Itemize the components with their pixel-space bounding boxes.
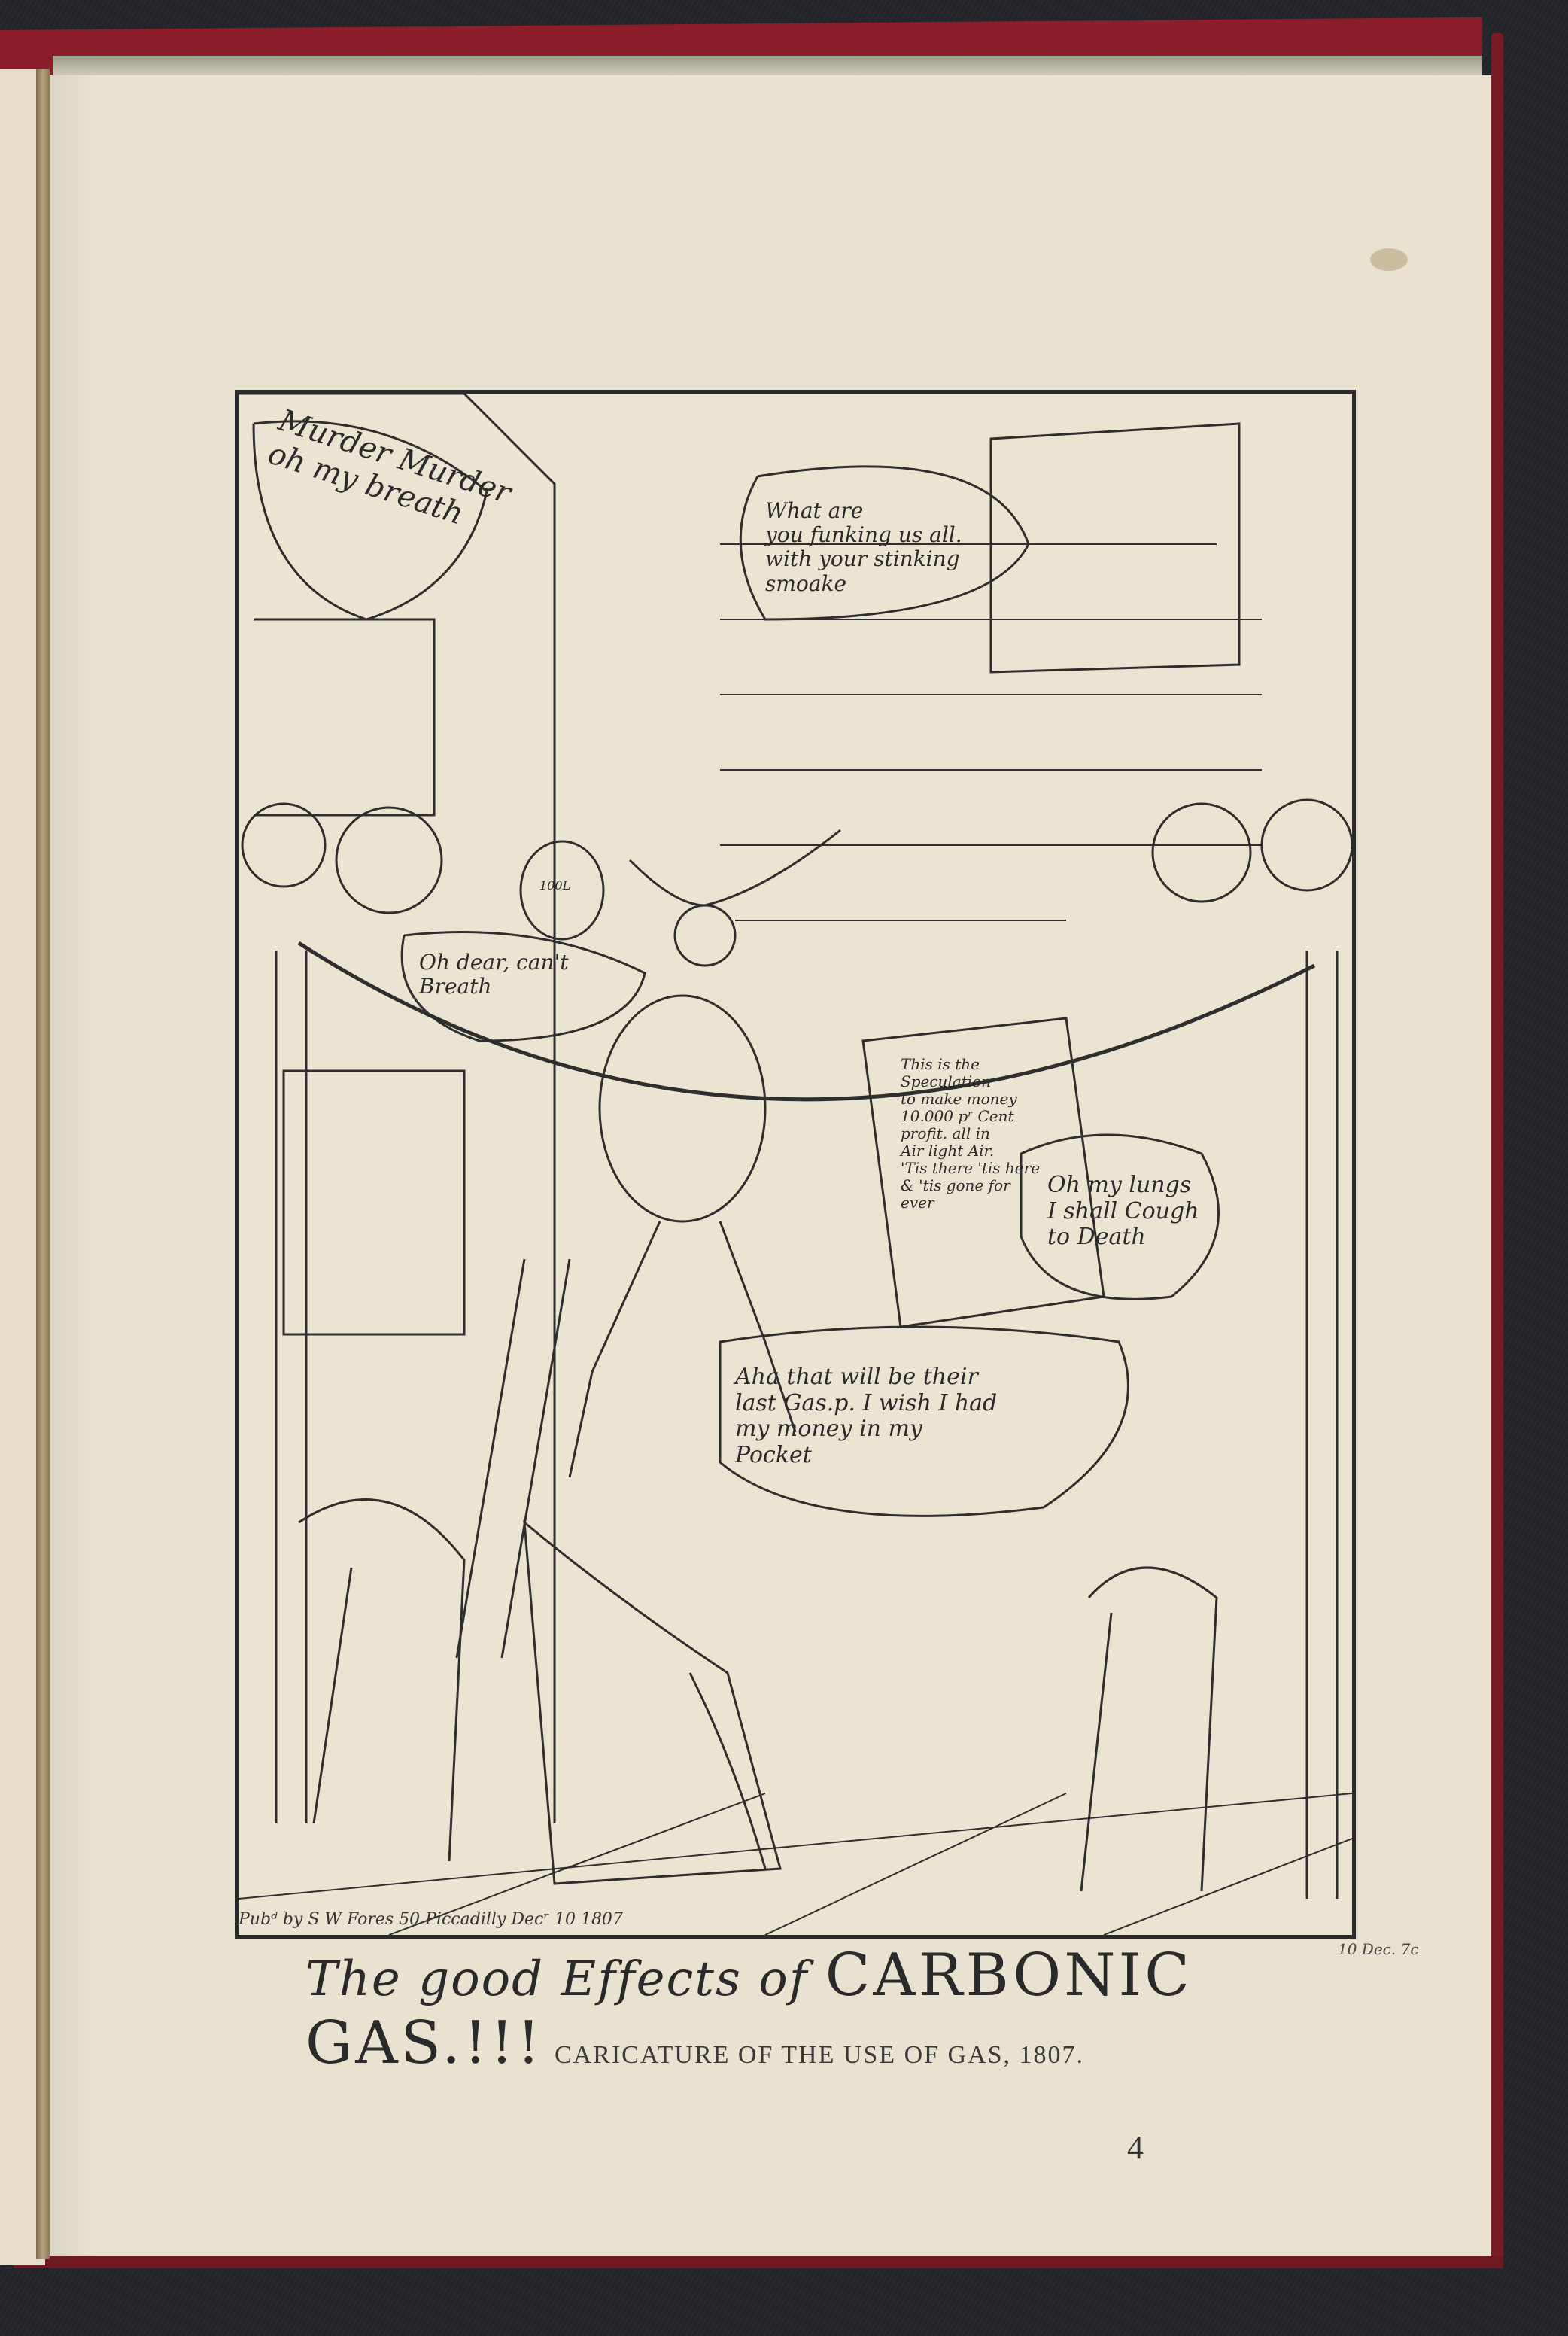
speech-bubble-aha: Aha that will be their last Gas.p. I wis… [735, 1364, 997, 1468]
book-gutter [36, 69, 50, 2259]
publisher-imprint: Pubᵈ by S W Fores 50 Piccadilly Decʳ 10 … [239, 1910, 623, 1929]
speech-bubble-funking: What are you funking us all. with your s… [765, 499, 962, 596]
title-prefix: The good Effects of [305, 1951, 825, 2007]
engraving-illustration [239, 394, 1352, 1935]
margin-note: 10 Dec. 7c [1338, 1940, 1419, 1958]
speech-bubble-lungs: Oh my lungs I shall Cough to Death [1047, 1173, 1199, 1251]
speech-bubble-dear: Oh dear, can't Breath [419, 951, 569, 999]
money-bag-label: 100L [539, 879, 570, 893]
book-cover-bottom-edge [14, 2256, 1503, 2268]
book-page: Murder Murder oh my breath What are you … [50, 75, 1491, 2256]
figure-caption: CARICATURE OF THE USE OF GAS, 1807. [50, 2041, 1491, 2070]
speech-bubble-speculation: This is the Speculation to make money 10… [901, 1056, 1040, 1212]
paper-stain [1370, 248, 1408, 271]
book-cover-right-edge [1491, 33, 1503, 2258]
caricature-plate: Murder Murder oh my breath What are you … [235, 390, 1356, 1939]
page-number: 4 [1127, 2128, 1144, 2167]
